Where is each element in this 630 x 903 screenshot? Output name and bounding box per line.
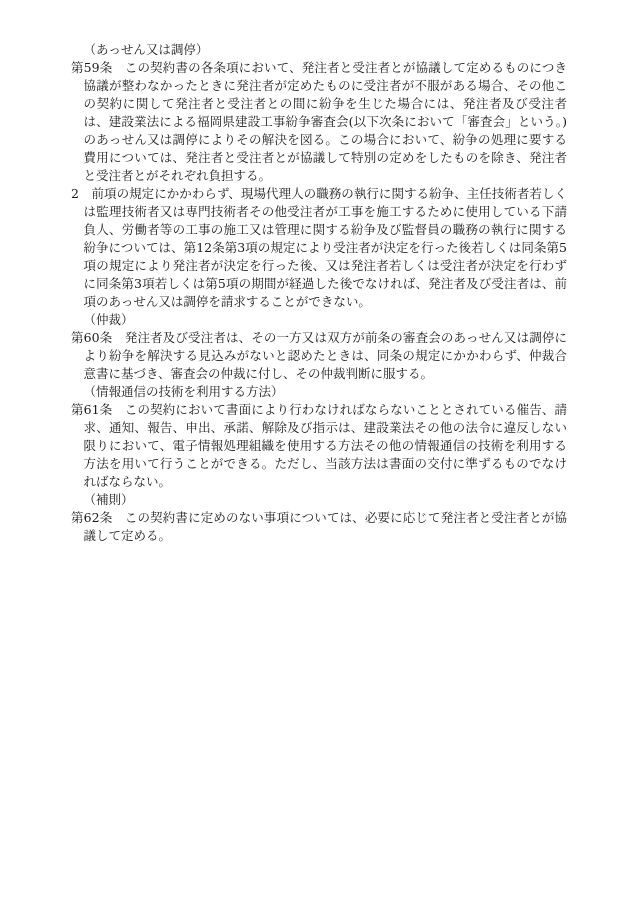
article-61: 第61条この契約において書面により行わなければならないこととされている催告、請求… xyxy=(71,401,567,491)
article-59-number: 第59条 xyxy=(71,60,112,75)
section-heading-assen-chotei: （あっせん又は調停） xyxy=(71,41,567,59)
article-62: 第62条この契約書に定めのない事項については、必要に応じて発注者と受注者とが協議… xyxy=(71,509,567,545)
heading-text: （仲裁） xyxy=(84,312,134,327)
article-62-text: この契約書に定めのない事項については、必要に応じて発注者と受注者とが協議して定め… xyxy=(84,510,568,543)
article-61-number: 第61条 xyxy=(71,402,112,417)
article-60-number: 第60条 xyxy=(71,330,112,345)
contract-text-block: （あっせん又は調停） 第59条この契約書の各条項において、発注者と受注者とが協議… xyxy=(71,41,567,545)
heading-text: （補則） xyxy=(84,492,134,507)
article-61-text: この契約において書面により行わなければならないこととされている催告、請求、通知、… xyxy=(84,402,568,489)
item-2-text: 前項の規定にかかわらず、現場代理人の職務の執行に関する紛争、主任技術者若しくは監… xyxy=(84,186,568,309)
article-62-number: 第62条 xyxy=(71,510,112,525)
document-page: （あっせん又は調停） 第59条この契約書の各条項において、発注者と受注者とが協議… xyxy=(0,0,630,903)
section-heading-chusai: （仲裁） xyxy=(71,311,567,329)
article-60: 第60条発注者及び受注者は、その一方又は双方が前条の審査会のあっせん又は調停によ… xyxy=(71,329,567,383)
heading-text: （あっせん又は調停） xyxy=(84,42,209,57)
article-60-text: 発注者及び受注者は、その一方又は双方が前条の審査会のあっせん又は調停により紛争を… xyxy=(84,330,568,381)
item-2-number: 2 xyxy=(71,186,79,201)
article-59-text: この契約書の各条項において、発注者と受注者とが協議して定めるものにつき協議が整わ… xyxy=(84,60,568,183)
article-59-item-2: 2前項の規定にかかわらず、現場代理人の職務の執行に関する紛争、主任技術者若しくは… xyxy=(71,185,567,311)
article-59: 第59条この契約書の各条項において、発注者と受注者とが協議して定めるものにつき協… xyxy=(71,59,567,185)
heading-text: （情報通信の技術を利用する方法） xyxy=(84,384,284,399)
section-heading-hosoku: （補則） xyxy=(71,491,567,509)
section-heading-joho-tsushin: （情報通信の技術を利用する方法） xyxy=(71,383,567,401)
